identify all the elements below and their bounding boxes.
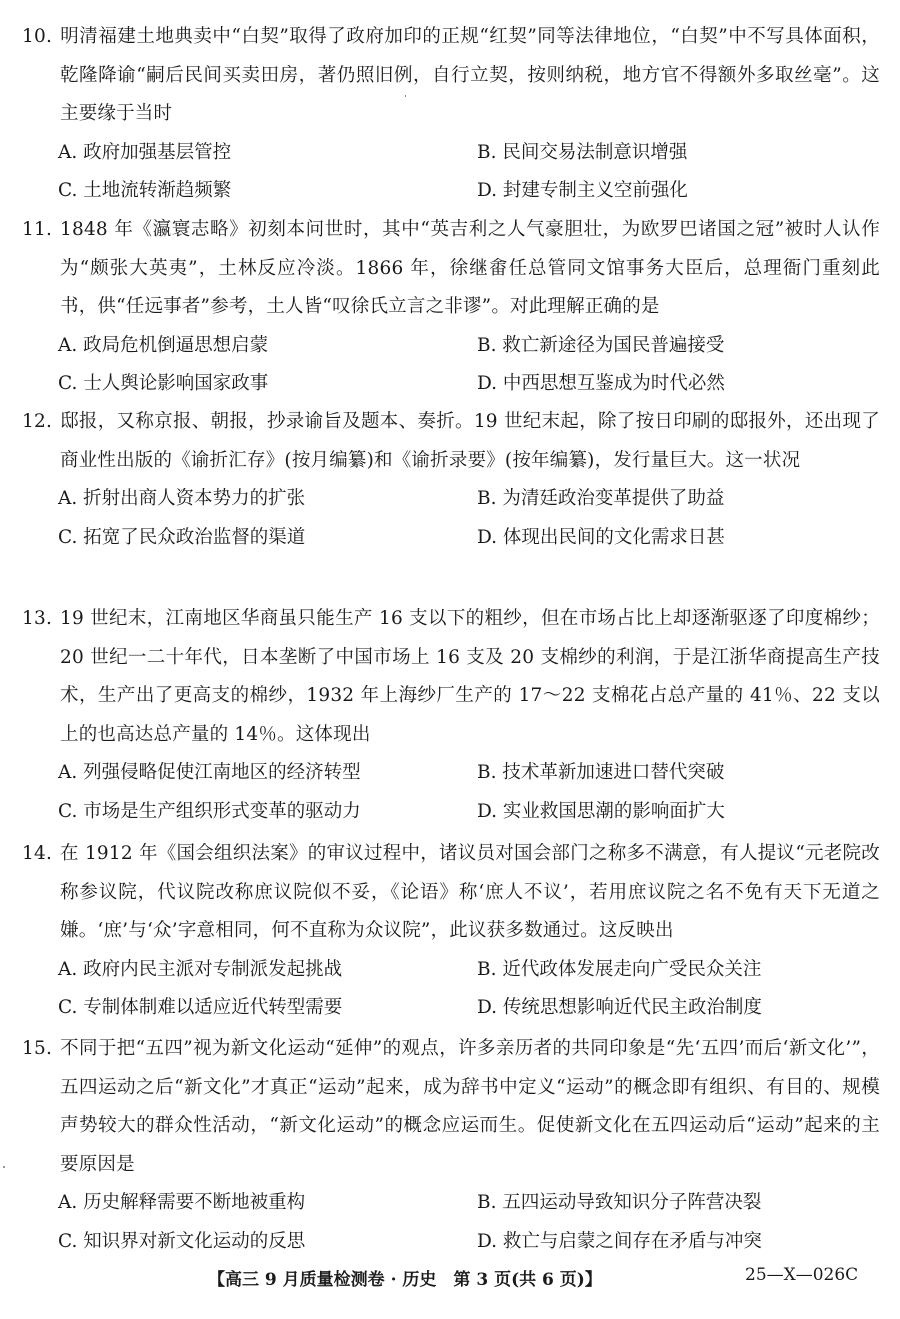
exam-page: 10.明清福建土地典卖中“白契”取得了政府加印的正规“红契”同等法律地位，“白契… [0, 0, 900, 1319]
option-a[interactable]: A. 政局危机倒逼思想启蒙 [58, 327, 268, 366]
question-stem: 11.1848 年《瀛寰志略》初刻本问世时，其中“英吉利之人气豪胆壮，为欧罗巴诸… [22, 211, 880, 327]
option-b[interactable]: B. 近代政体发展走向广受民众关注 [477, 951, 761, 990]
scan-speck [3, 1166, 5, 1168]
question-text: 明清福建土地典卖中“白契”取得了政府加印的正规“红契”同等法律地位，“白契”中不… [60, 26, 880, 124]
question-stem: 15.不同于把“五四”视为新文化运动“延伸”的观点，许多亲历者的共同印象是“先‘… [22, 1030, 880, 1184]
question-stem: 14.在 1912 年《国会组织法案》的审议过程中，诸议员对国会部门之称多不满意… [22, 835, 880, 951]
question-12: 12.邸报，又称京报、朝报，抄录谕旨及题本、奏折。19 世纪末起，除了按日印刷的… [22, 403, 880, 557]
option-a[interactable]: A. 折射出商人资本势力的扩张 [58, 480, 305, 519]
option-d[interactable]: D. 传统思想影响近代民主政治制度 [477, 989, 762, 1028]
option-d[interactable]: D. 救亡与启蒙之间存在矛盾与冲突 [477, 1223, 762, 1262]
options: A. 政局危机倒逼思想启蒙 B. 救亡新途径为国民普遍接受 C. 士人舆论影响国… [22, 327, 880, 404]
question-number: 11. [22, 211, 60, 250]
option-a[interactable]: A. 历史解释需要不断地被重构 [58, 1184, 305, 1223]
option-a[interactable]: A. 政府内民主派对专制派发起挑战 [58, 951, 342, 990]
option-d[interactable]: D. 中西思想互鉴成为时代必然 [477, 365, 725, 404]
option-a[interactable]: A. 政府加强基层管控 [58, 134, 231, 173]
option-b[interactable]: B. 为清廷政治变革提供了助益 [477, 480, 724, 519]
option-b[interactable]: B. 民间交易法制意识增强 [477, 134, 687, 173]
question-text: 邸报，又称京报、朝报，抄录谕旨及题本、奏折。19 世纪末起，除了按日印刷的邸报外… [60, 411, 880, 471]
options: A. 折射出商人资本势力的扩张 B. 为清廷政治变革提供了助益 C. 拓宽了民众… [22, 480, 880, 557]
option-b[interactable]: B. 救亡新途径为国民普遍接受 [477, 327, 724, 366]
option-b[interactable]: B. 五四运动导致知识分子阵营决裂 [477, 1184, 761, 1223]
question-text: 在 1912 年《国会组织法案》的审议过程中，诸议员对国会部门之称多不满意，有人… [60, 843, 880, 941]
question-stem: 13.19 世纪末，江南地区华商虽只能生产 16 支以下的粗纱，但在市场占比上却… [22, 600, 880, 754]
question-stem: 12.邸报，又称京报、朝报，抄录谕旨及题本、奏折。19 世纪末起，除了按日印刷的… [22, 403, 880, 480]
option-d[interactable]: D. 封建专制主义空前强化 [477, 172, 688, 211]
option-c[interactable]: C. 知识界对新文化运动的反思 [58, 1223, 305, 1262]
question-14: 14.在 1912 年《国会组织法案》的审议过程中，诸议员对国会部门之称多不满意… [22, 835, 880, 1028]
options: A. 政府加强基层管控 B. 民间交易法制意识增强 C. 土地流转渐趋频繁 D.… [22, 134, 880, 211]
question-10: 10.明清福建土地典卖中“白契”取得了政府加印的正规“红契”同等法律地位，“白契… [22, 18, 880, 211]
question-text: 不同于把“五四”视为新文化运动“延伸”的观点，许多亲历者的共同印象是“先‘五四’… [60, 1038, 880, 1175]
page-footer-title: 【高三 9 月质量检测卷 · 历史 第 3 页(共 6 页)】 [208, 1265, 602, 1290]
question-11: 11.1848 年《瀛寰志略》初刻本问世时，其中“英吉利之人气豪胆壮，为欧罗巴诸… [22, 211, 880, 404]
option-c[interactable]: C. 土地流转渐趋频繁 [58, 172, 231, 211]
option-c[interactable]: C. 士人舆论影响国家政事 [58, 365, 268, 404]
question-number: 14. [22, 835, 60, 874]
question-text: 1848 年《瀛寰志略》初刻本问世时，其中“英吉利之人气豪胆壮，为欧罗巴诸国之冠… [60, 219, 880, 317]
scan-speck [405, 95, 406, 97]
option-c[interactable]: C. 专制体制难以适应近代转型需要 [58, 989, 342, 1028]
option-c[interactable]: C. 拓宽了民众政治监督的渠道 [58, 519, 305, 558]
exam-code: 25—X—026C [745, 1265, 858, 1285]
question-number: 10. [22, 18, 60, 57]
option-c[interactable]: C. 市场是生产组织形式变革的驱动力 [58, 793, 361, 832]
options: A. 列强侵略促使江南地区的经济转型 B. 技术革新加速进口替代突破 C. 市场… [22, 754, 880, 831]
question-stem: 10.明清福建土地典卖中“白契”取得了政府加印的正规“红契”同等法律地位，“白契… [22, 18, 880, 134]
question-number: 13. [22, 600, 60, 639]
option-d[interactable]: D. 体现出民间的文化需求日甚 [477, 519, 725, 558]
question-text: 19 世纪末，江南地区华商虽只能生产 16 支以下的粗纱，但在市场占比上却逐渐驱… [60, 608, 880, 745]
question-13: 13.19 世纪末，江南地区华商虽只能生产 16 支以下的粗纱，但在市场占比上却… [22, 600, 880, 831]
options: A. 历史解释需要不断地被重构 B. 五四运动导致知识分子阵营决裂 C. 知识界… [22, 1184, 880, 1261]
option-d[interactable]: D. 实业救国思潮的影响面扩大 [477, 793, 725, 832]
question-15: 15.不同于把“五四”视为新文化运动“延伸”的观点，许多亲历者的共同印象是“先‘… [22, 1030, 880, 1261]
option-b[interactable]: B. 技术革新加速进口替代突破 [477, 754, 724, 793]
question-number: 12. [22, 403, 60, 442]
options: A. 政府内民主派对专制派发起挑战 B. 近代政体发展走向广受民众关注 C. 专… [22, 951, 880, 1028]
option-a[interactable]: A. 列强侵略促使江南地区的经济转型 [58, 754, 361, 793]
question-number: 15. [22, 1030, 60, 1069]
